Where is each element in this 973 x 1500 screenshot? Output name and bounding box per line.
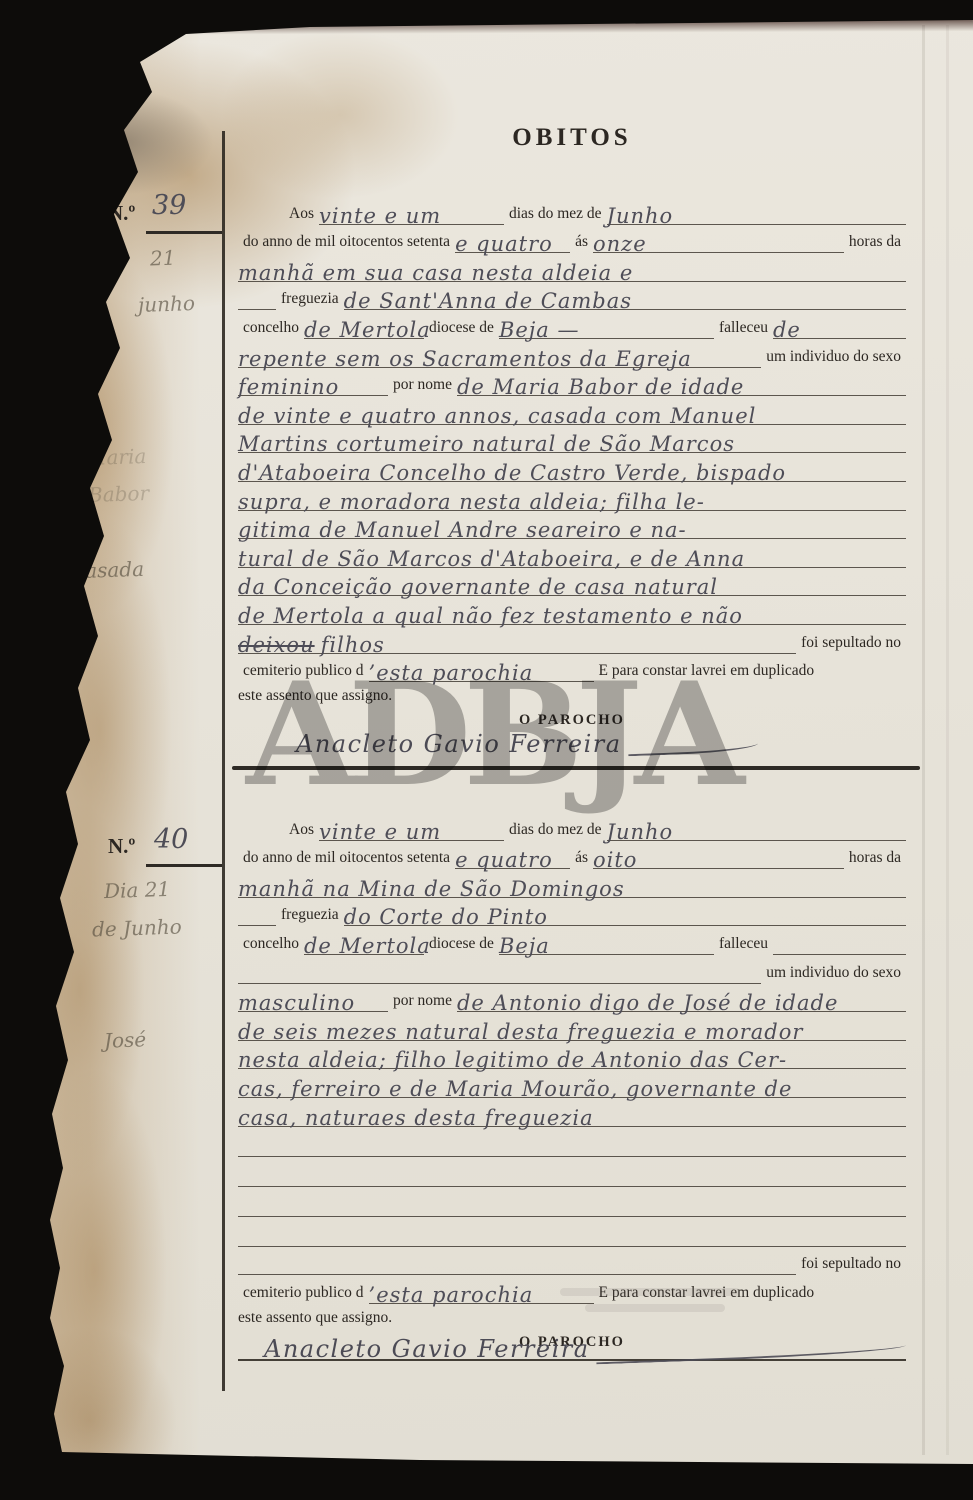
paper-crease <box>946 25 949 1455</box>
body-line: nesta aldeia; filho legitimo de Antonio … <box>238 1041 906 1070</box>
label-cemiterio: cemiterio publico d <box>238 662 369 682</box>
page-title: OBITOS <box>238 124 906 152</box>
field-row-burial: foi sepultado no <box>238 1247 906 1276</box>
field-body: da Conceição governante de casa natural <box>238 575 906 596</box>
field-concelho: de Mertola <box>304 934 424 955</box>
label-concelho: concelho <box>238 319 304 339</box>
field-year: e quatro <box>455 848 570 869</box>
value-parochia: ’esta parochia <box>369 1283 534 1307</box>
field-cause: repente sem os Sacramentos da Egreja <box>238 347 761 368</box>
body-line: de seis mezes natural desta freguezia e … <box>238 1012 906 1041</box>
body-line: casa, naturaes desta freguezia <box>238 1098 906 1127</box>
body-line: de Mertola a qual não fez testamento e n… <box>238 596 906 625</box>
margin-note-month: junho <box>138 291 196 317</box>
label-horas-da: horas da <box>844 849 906 869</box>
label-sepultado: foi sepultado no <box>796 1255 906 1275</box>
field-row-cause: repente sem os Sacramentos da Egreja um … <box>238 339 906 368</box>
margin-note-name: Maria <box>86 444 147 470</box>
label-as: ás <box>570 233 593 253</box>
label-horas-da: horas da <box>844 233 906 253</box>
field-body: cas, ferreiro e de Maria Mourão, governa… <box>238 1077 906 1098</box>
bleed-through-smudge <box>560 1288 740 1296</box>
field-body: de seis mezes natural desta freguezia e … <box>238 1020 906 1041</box>
margin-note-surname: Babor <box>88 481 150 507</box>
label-falleceu: falleceu <box>714 319 773 339</box>
field-name: de Maria Babor de idade <box>457 375 906 396</box>
field-row-place: manhã em sua casa nesta aldeia e <box>238 253 906 282</box>
label-cemiterio: cemiterio publico d <box>238 1284 369 1304</box>
field-day: vinte e um <box>319 820 504 841</box>
label-dias-do-mez: dias do mez de <box>504 205 607 225</box>
field-hour: onze <box>593 232 844 253</box>
field-row-name: feminino por nome de Maria Babor de idad… <box>238 368 906 397</box>
binding-edge <box>150 16 973 35</box>
field-row-concelho: concelho de Mertola diocese de Beja — fa… <box>238 310 906 339</box>
field-hour: oito <box>593 848 844 869</box>
priest-signature: Anacleto Gavio Ferreira <box>296 730 622 758</box>
record-divider-rule <box>232 766 920 770</box>
field-name: de Antonio digo de José de idade <box>457 991 906 1012</box>
body-line: Martins cortumeiro natural de São Marcos <box>238 425 906 454</box>
field-body: de vinte e quatro annos, casada com Manu… <box>238 404 906 425</box>
death-record-39: Aos vinte e um dias do mez de Junho do a… <box>238 196 906 758</box>
label-concelho: concelho <box>238 935 304 955</box>
field-row-place: manhã na Mina de São Domingos <box>238 869 906 898</box>
label-diocese: diocese de <box>424 319 499 339</box>
margin-note-status: casada <box>74 557 145 583</box>
field-day: vinte e um <box>319 204 504 225</box>
record-number-underline <box>146 231 222 234</box>
label-por-nome: por nome <box>388 992 457 1012</box>
blank-line <box>238 1187 906 1217</box>
record-number-value: 39 <box>152 190 186 221</box>
label-parocho: O PAROCHO <box>238 705 906 729</box>
field-body: tural de São Marcos d'Ataboeira, e de An… <box>238 547 906 568</box>
field-row-freguezia: freguezia de Sant'Anna de Cambas <box>238 282 906 311</box>
label-por-nome: por nome <box>388 376 457 396</box>
field-place: manhã na Mina de São Domingos <box>238 877 906 898</box>
field-row-date: Aos vinte e um dias do mez de Junho <box>238 812 906 841</box>
field-cause-start: de <box>773 318 906 339</box>
record-number-label: N.º <box>108 834 135 859</box>
priest-signature-row: Anacleto Gavio Ferreira <box>296 730 906 758</box>
field-body: supra, e moradora nesta aldeia; filha le… <box>238 490 906 511</box>
margin-rule <box>222 131 225 1391</box>
field-row-concelho: concelho de Mertola diocese de Beja fall… <box>238 926 906 955</box>
label-diocese: diocese de <box>424 935 499 955</box>
label-assento: este assento que assigno. <box>238 682 906 705</box>
field-sex: masculino <box>238 991 388 1012</box>
field-body: d'Ataboeira Concelho de Castro Verde, bi… <box>238 461 906 482</box>
field-month: Junho <box>607 204 906 225</box>
field-burial: deixou filhos <box>238 633 796 654</box>
label-freguezia: freguezia <box>276 290 344 310</box>
body-line: de vinte e quatro annos, casada com Manu… <box>238 396 906 425</box>
field-year: e quatro <box>455 232 570 253</box>
margin-note-day: Dia 21 <box>104 877 171 903</box>
signature-flourish <box>627 740 757 757</box>
field-sex: feminino <box>238 375 388 396</box>
label-anno: do anno de mil oitocentos setenta <box>238 849 455 869</box>
field-row-freguezia: freguezia do Corte do Pinto <box>238 898 906 927</box>
field-row-year-hour: do anno de mil oitocentos setenta e quat… <box>238 225 906 254</box>
label-sepultado: foi sepultado no <box>796 634 906 654</box>
field-freguezia: do Corte do Pinto <box>344 905 906 926</box>
field-row-burial: deixou filhos foi sepultado no <box>238 625 906 654</box>
body-line: da Conceição governante de casa natural <box>238 568 906 597</box>
label-freguezia: freguezia <box>276 906 344 926</box>
label-anno: do anno de mil oitocentos setenta <box>238 233 455 253</box>
label-aos: Aos <box>284 205 319 225</box>
field-diocese: Beja — <box>499 318 714 339</box>
blank-line <box>238 1127 906 1157</box>
field-body: nesta aldeia; filho legitimo de Antonio … <box>238 1048 906 1069</box>
field-body: de Mertola a qual não fez testamento e n… <box>238 604 906 625</box>
field-place: manhã em sua casa nesta aldeia e <box>238 261 906 282</box>
field-concelho: de Mertola <box>304 318 424 339</box>
body-line: tural de São Marcos d'Ataboeira, e de An… <box>238 539 906 568</box>
bleed-through-smudge <box>585 1304 725 1312</box>
field-row-year-hour: do anno de mil oitocentos setenta e quat… <box>238 841 906 870</box>
field-row-cause: um individuo do sexo <box>238 955 906 984</box>
field-row-date: Aos vinte e um dias do mez de Junho <box>238 196 906 225</box>
body-line: supra, e moradora nesta aldeia; filha le… <box>238 482 906 511</box>
label-aos: Aos <box>284 821 319 841</box>
field-diocese: Beja <box>499 934 714 955</box>
label-assento: este assento que assigno. <box>238 1304 906 1327</box>
paper-crease <box>922 25 925 1455</box>
label-individuo: um individuo do sexo <box>761 964 906 984</box>
label-as: ás <box>570 849 593 869</box>
field-row-name: masculino por nome de Antonio digo de Jo… <box>238 984 906 1013</box>
blank-line <box>238 1157 906 1187</box>
photo-background: OBITOS N.º 39 21 junho Maria Babor casad… <box>0 0 973 1500</box>
field-parochia: ’esta parochia <box>369 661 594 682</box>
label-individuo: um individuo do sexo <box>761 348 906 368</box>
blank-line <box>238 1217 906 1247</box>
value-parochia: ’esta parochia <box>369 661 534 685</box>
death-record-40: Aos vinte e um dias do mez de Junho do a… <box>238 812 906 1361</box>
field-body: casa, naturaes desta freguezia <box>238 1106 906 1127</box>
field-freguezia: de Sant'Anna de Cambas <box>344 289 906 310</box>
priest-signature: Anacleto Gavio Ferreira <box>264 1335 590 1363</box>
field-row-cemiterio: cemiterio publico d ’esta parochia E par… <box>238 654 906 683</box>
margin-note-month: de Junho <box>92 914 182 941</box>
register-page: OBITOS N.º 39 21 junho Maria Babor casad… <box>0 0 973 1500</box>
body-line: cas, ferreiro e de Maria Mourão, governa… <box>238 1069 906 1098</box>
field-body: Martins cortumeiro natural de São Marcos <box>238 432 906 453</box>
body-line: d'Ataboeira Concelho de Castro Verde, bi… <box>238 453 906 482</box>
record-number-label: N.º <box>108 201 135 226</box>
record-number-underline <box>146 864 222 867</box>
label-falleceu: falleceu <box>714 935 773 955</box>
field-month: Junho <box>607 820 906 841</box>
body-line: gitima de Manuel Andre seareiro e na- <box>238 511 906 540</box>
margin-note-day: 21 <box>150 246 176 271</box>
field-body: gitima de Manuel Andre seareiro e na- <box>238 518 906 539</box>
label-dias-do-mez: dias do mez de <box>504 821 607 841</box>
label-constar: E para constar lavrei em duplicado <box>594 662 906 682</box>
record-number-value: 40 <box>154 824 188 855</box>
margin-note-name: José <box>104 1027 147 1052</box>
